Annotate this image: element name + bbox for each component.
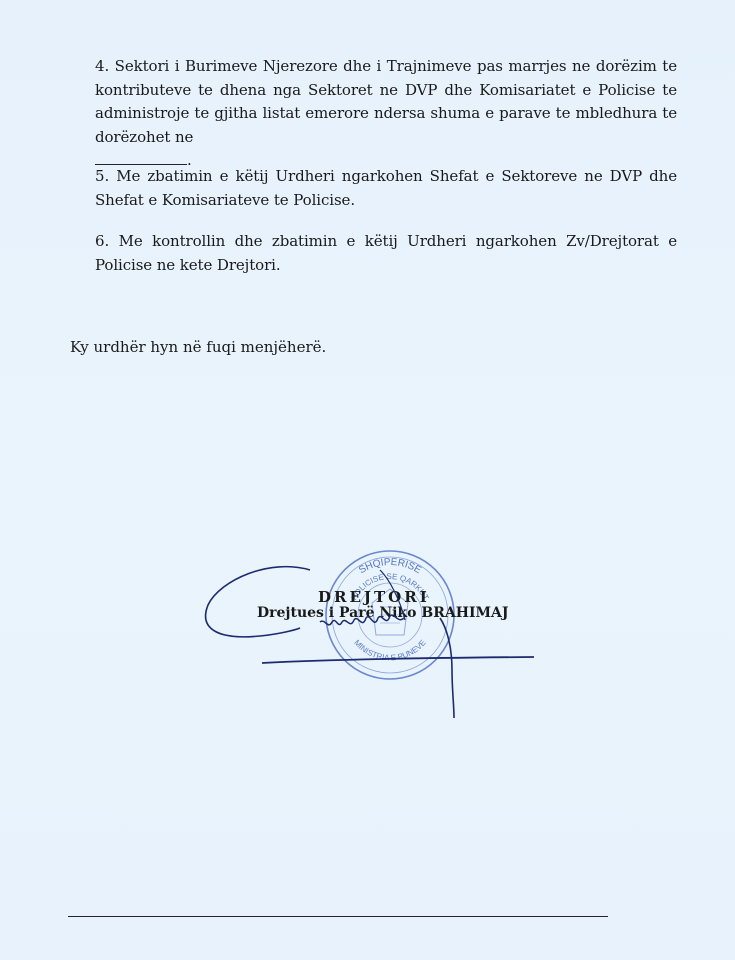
- paragraph-text: Me kontrollin dhe zbatimin e këtij Urdhe…: [95, 232, 677, 274]
- document-page: 4. Sektori i Burimeve Njerezore dhe i Tr…: [0, 0, 735, 960]
- paragraph-number: 5.: [95, 167, 109, 185]
- paragraph-number: 4.: [95, 57, 109, 75]
- paragraph-4: 4. Sektori i Burimeve Njerezore dhe i Tr…: [95, 55, 677, 173]
- effective-statement: Ky urdhër hyn në fuqi menjëherë.: [70, 338, 326, 356]
- paragraph-6: 6. Me kontrollin dhe zbatimin e këtij Ur…: [95, 230, 677, 277]
- handwritten-signature-icon: [200, 560, 540, 720]
- paragraph-number: 6.: [95, 232, 109, 250]
- footer-divider: [68, 916, 608, 917]
- paragraph-5: 5. Me zbatimin e këtij Urdheri ngarkohen…: [95, 165, 677, 212]
- paragraph-text: Sektori i Burimeve Njerezore dhe i Trajn…: [95, 57, 677, 146]
- paragraph-text: Me zbatimin e këtij Urdheri ngarkohen Sh…: [95, 167, 677, 209]
